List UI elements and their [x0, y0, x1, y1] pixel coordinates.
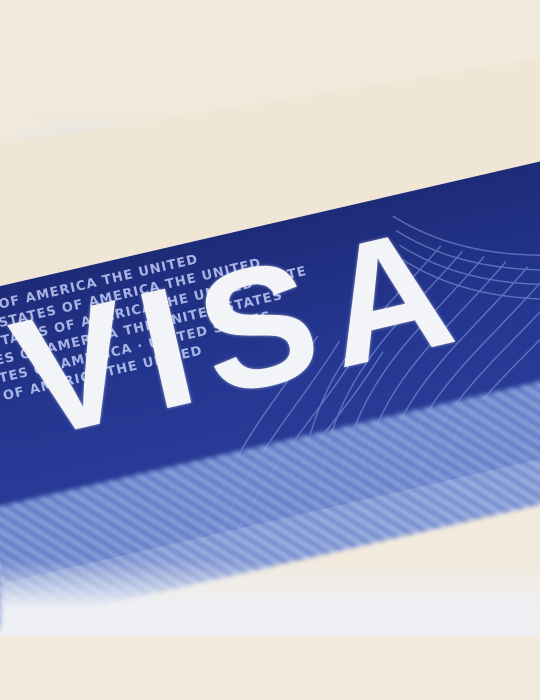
visa-photo: S.OF AMERICA THE UNITED OSTATES OF AMERI…	[0, 0, 540, 700]
cream-background-bottom	[0, 636, 540, 700]
page-edge	[0, 560, 540, 640]
